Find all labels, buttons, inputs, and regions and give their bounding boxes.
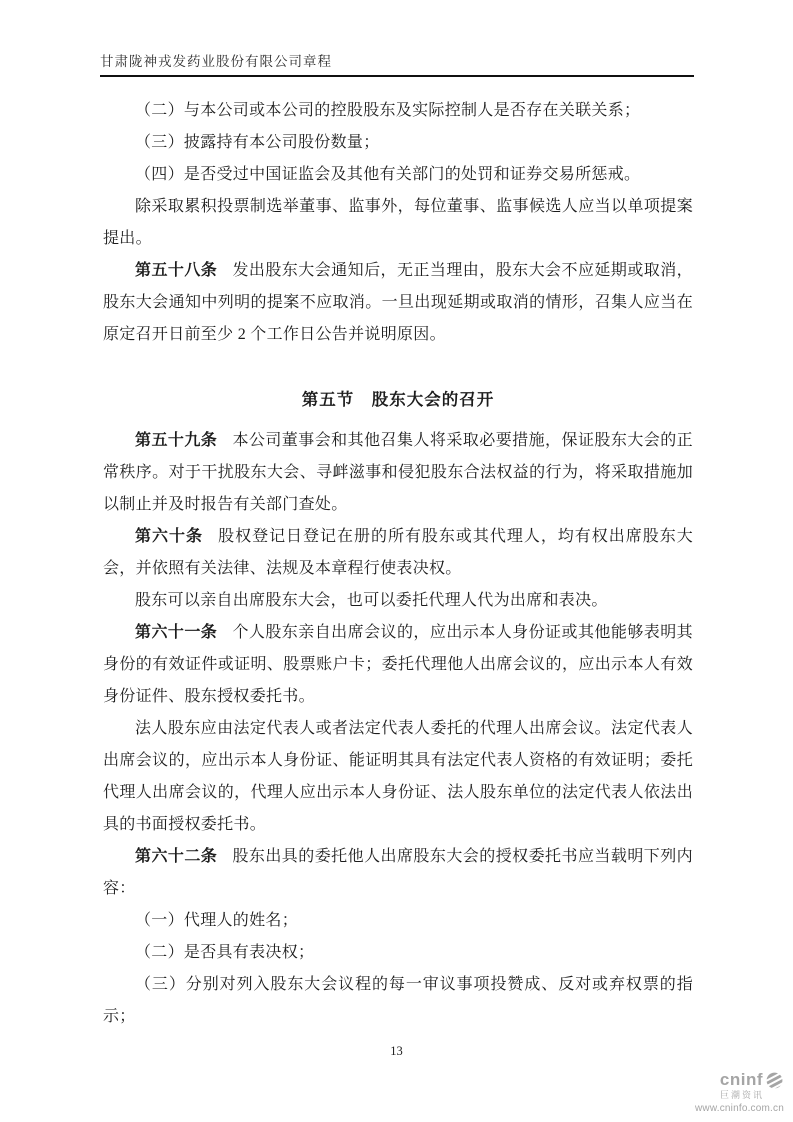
header-title: 甘肃陇神戎发药业股份有限公司章程 bbox=[100, 50, 694, 75]
paragraph: 股东可以亲自出席股东大会，也可以委托代理人代为出席和表决。 bbox=[103, 585, 693, 617]
paragraph: （三）分别对列入股东大会议程的每一审议事项投赞成、反对或弃权票的指示； bbox=[103, 969, 693, 1033]
paragraph: （二）是否具有表决权； bbox=[103, 937, 693, 969]
cninfo-swirl-icon bbox=[765, 1071, 784, 1090]
cninfo-url: www.cninfo.com.cn bbox=[684, 1103, 784, 1114]
paragraph: （一）代理人的姓名； bbox=[103, 905, 693, 937]
article-number: 第五十八条 bbox=[135, 262, 217, 279]
page-number: 13 bbox=[0, 1044, 793, 1059]
paragraph-text: 除采取累积投票制选举董事、监事外，每位董事、监事候选人应当以单项提案提出。 bbox=[103, 198, 693, 247]
cninfo-brand-text: cninf bbox=[720, 1071, 763, 1090]
paragraph: 法人股东应由法定代表人或者法定代表人委托的代理人出席会议。法定代表人出席会议的，… bbox=[103, 713, 693, 841]
paragraph: 第六十二条股东出具的委托他人出席股东大会的授权委托书应当载明下列内容： bbox=[103, 841, 693, 905]
paragraph-text: （二）是否具有表决权； bbox=[135, 944, 314, 961]
paragraph: 第五十九条本公司董事会和其他召集人将采取必要措施，保证股东大会的正常秩序。对于干… bbox=[103, 425, 693, 521]
article-number: 第五十九条 bbox=[135, 432, 217, 449]
paragraph-text: （三）披露持有本公司股份数量； bbox=[135, 134, 380, 151]
cninfo-logo: cninf 巨潮资讯 www.cninfo.com.cn bbox=[684, 1071, 788, 1114]
page-header: 甘肃陇神戎发药业股份有限公司章程 bbox=[100, 50, 694, 77]
paragraph: 第六十条股权登记日登记在册的所有股东或其代理人，均有权出席股东大会，并依照有关法… bbox=[103, 521, 693, 585]
article-number: 第六十条 bbox=[135, 528, 203, 545]
paragraph: 第五十八条发出股东大会通知后，无正当理由，股东大会不应延期或取消，股东大会通知中… bbox=[103, 255, 693, 351]
paragraph: （三）披露持有本公司股份数量； bbox=[103, 127, 693, 159]
paragraph-text: （四）是否受过中国证监会及其他有关部门的处罚和证券交易所惩戒。 bbox=[135, 166, 640, 183]
article-number: 第六十一条 bbox=[135, 624, 217, 641]
paragraph-text: （三）分别对列入股东大会议程的每一审议事项投赞成、反对或弃权票的指示； bbox=[103, 976, 693, 1025]
cninfo-chinese-name: 巨潮资讯 bbox=[684, 1091, 784, 1101]
document-page: 甘肃陇神戎发药业股份有限公司章程 （二）与本公司或本公司的控股股东及实际控制人是… bbox=[0, 0, 793, 1122]
paragraph-text: （二）与本公司或本公司的控股股东及实际控制人是否存在关联关系； bbox=[135, 102, 640, 119]
header-rule bbox=[100, 75, 694, 77]
paragraph: 第六十一条个人股东亲自出席会议的，应出示本人身份证或其他能够表明其身份的有效证件… bbox=[103, 617, 693, 713]
paragraph-text: 股东可以亲自出席股东大会，也可以委托代理人代为出席和表决。 bbox=[135, 592, 608, 609]
paragraph-text: 法人股东应由法定代表人或者法定代表人委托的代理人出席会议。法定代表人出席会议的，… bbox=[103, 720, 693, 833]
cninfo-brand-row: cninf bbox=[684, 1071, 784, 1090]
paragraph: （四）是否受过中国证监会及其他有关部门的处罚和证券交易所惩戒。 bbox=[103, 159, 693, 191]
section-heading: 第五节 股东大会的召开 bbox=[103, 384, 693, 416]
paragraph: （二）与本公司或本公司的控股股东及实际控制人是否存在关联关系； bbox=[103, 95, 693, 127]
paragraph-text: （一）代理人的姓名； bbox=[135, 912, 298, 929]
document-body: （二）与本公司或本公司的控股股东及实际控制人是否存在关联关系； （三）披露持有本… bbox=[103, 95, 693, 1033]
paragraph: 除采取累积投票制选举董事、监事外，每位董事、监事候选人应当以单项提案提出。 bbox=[103, 191, 693, 255]
article-number: 第六十二条 bbox=[135, 848, 217, 865]
